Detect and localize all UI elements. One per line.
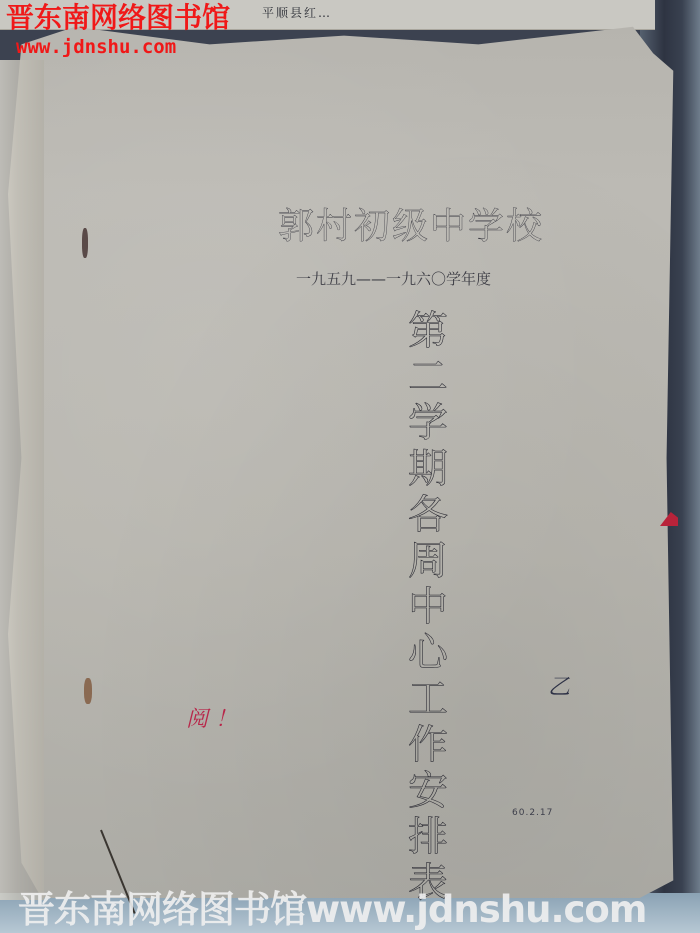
document-cover-page (8, 18, 680, 898)
watermark-site-name: 晋东南网络图书馆 (6, 2, 230, 34)
binding-hole-icon (84, 678, 92, 704)
title-char: 学 (408, 402, 448, 448)
title-char: 工 (408, 678, 448, 724)
title-char: 第 (408, 310, 448, 356)
underlying-sheet-text: 平顺县红… (262, 4, 332, 21)
date-note: 60.2.17 (512, 808, 553, 818)
title-char: 安 (408, 770, 448, 816)
title-char: 周 (408, 540, 448, 586)
title-char: 各 (408, 494, 448, 540)
binding-hole-icon (82, 228, 88, 258)
vertical-document-title: 第 二 学 期 各 周 中 心 工 作 安 排 表 (398, 310, 458, 908)
title-char: 中 (408, 586, 448, 632)
pencil-mark: 乙 (548, 670, 570, 701)
title-char: 排 (408, 816, 448, 862)
academic-year: 一九五九——一九六〇学年度 (296, 268, 491, 289)
torn-left-edge (0, 60, 44, 900)
school-name-title: 郭村初级中学校 (278, 198, 568, 249)
watermark-url: www.jdnshu.com (16, 36, 176, 58)
red-handwritten-note: 阅 ！ (186, 700, 237, 740)
title-char: 心 (408, 632, 448, 678)
title-char: 期 (408, 448, 448, 494)
title-char: 二 (408, 356, 448, 402)
watermark-bottom-banner: 晋东南网络图书馆www.jdnshu.com (18, 890, 646, 930)
title-char: 作 (408, 724, 448, 770)
